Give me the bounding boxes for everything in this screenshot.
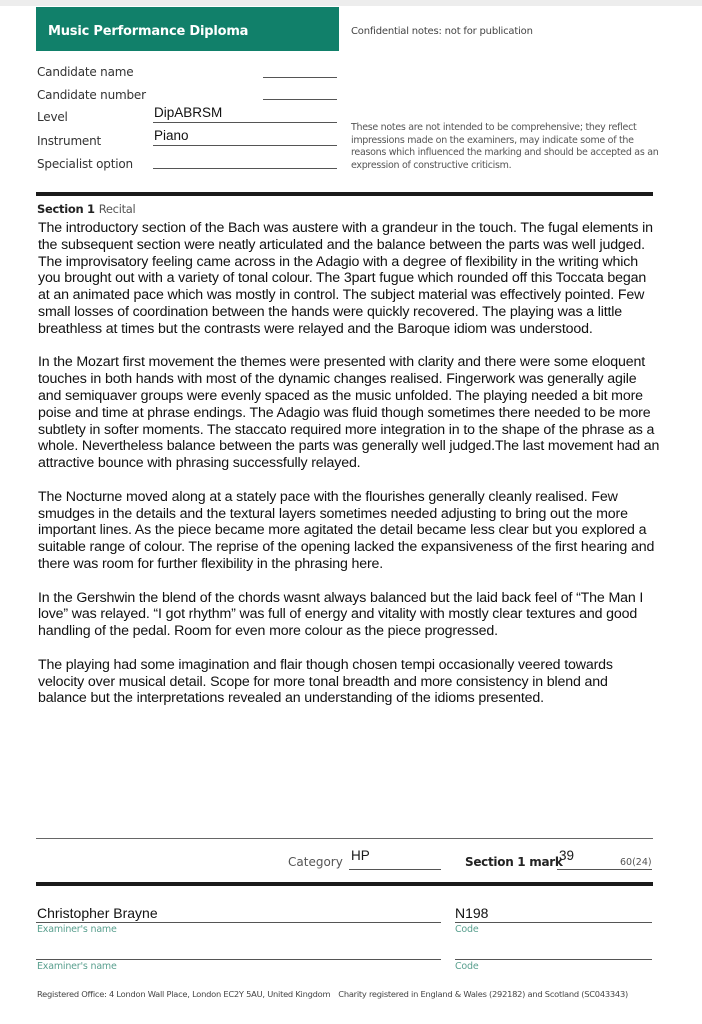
- examiner-2-name-field[interactable]: [36, 959, 441, 960]
- section-mark-label: Section 1 mark: [465, 855, 563, 869]
- level-label: Level: [37, 110, 68, 124]
- section-mark-value: 39: [559, 848, 574, 863]
- footer: Registered Office: 4 London Wall Place, …: [37, 989, 628, 999]
- instrument-field[interactable]: [153, 145, 337, 146]
- examiner-1-name: Christopher Brayne: [37, 905, 158, 921]
- candidate-number-field[interactable]: [263, 99, 337, 100]
- disclaimer-text: These notes are not intended to be compr…: [351, 122, 661, 172]
- top-band: [0, 0, 702, 6]
- diploma-title-banner: Music Performance Diploma: [36, 7, 339, 51]
- examiner-1-code-field[interactable]: [455, 922, 652, 923]
- section-name: Recital: [99, 202, 136, 216]
- category-value: HP: [351, 848, 370, 863]
- marking-bottom-rule: [36, 882, 653, 886]
- instrument-value: Piano: [154, 128, 189, 143]
- section-mark-field[interactable]: [557, 869, 652, 870]
- specialist-option-field[interactable]: [153, 168, 337, 169]
- registered-office: Registered Office: 4 London Wall Place, …: [37, 989, 330, 999]
- marking-top-rule: [36, 838, 653, 839]
- candidate-name-label: Candidate name: [37, 65, 133, 79]
- section-number: Section 1: [37, 202, 95, 216]
- examiner-2-code-field[interactable]: [455, 959, 652, 960]
- instrument-label: Instrument: [37, 134, 101, 148]
- examiner-2-code-caption: Code: [455, 961, 479, 972]
- examiner-1-code-caption: Code: [455, 924, 479, 935]
- comment-paragraph-summary: The playing had some imagination and fla…: [38, 657, 660, 707]
- charity-registration: Charity registered in England & Wales (2…: [338, 989, 628, 999]
- section-divider: [36, 192, 653, 196]
- category-label: Category: [288, 855, 343, 869]
- category-field[interactable]: [349, 869, 441, 870]
- level-value: DipABRSM: [154, 105, 222, 120]
- comment-paragraph-nocturne: The Nocturne moved along at a stately pa…: [38, 489, 660, 573]
- specialist-option-label: Specialist option: [37, 157, 133, 171]
- level-field[interactable]: [153, 122, 337, 123]
- section-mark-max: 60(24): [620, 857, 652, 868]
- candidate-name-field[interactable]: [263, 77, 337, 78]
- examiner-1-code: N198: [455, 905, 488, 921]
- examiner-2-name-caption: Examiner's name: [37, 961, 117, 972]
- examiner-1-name-field[interactable]: [36, 922, 441, 923]
- comment-paragraph-mozart: In the Mozart first movement the themes …: [38, 354, 660, 472]
- examiner-1-name-caption: Examiner's name: [37, 924, 117, 935]
- candidate-number-label: Candidate number: [37, 88, 146, 102]
- section-heading: Section 1Recital: [37, 202, 135, 216]
- examiner-comments: The introductory section of the Bach was…: [38, 220, 660, 724]
- confidential-note: Confidential notes: not for publication: [351, 26, 533, 37]
- comment-paragraph-bach: The introductory section of the Bach was…: [38, 220, 660, 338]
- comment-paragraph-gershwin: In the Gershwin the blend of the chords …: [38, 590, 660, 640]
